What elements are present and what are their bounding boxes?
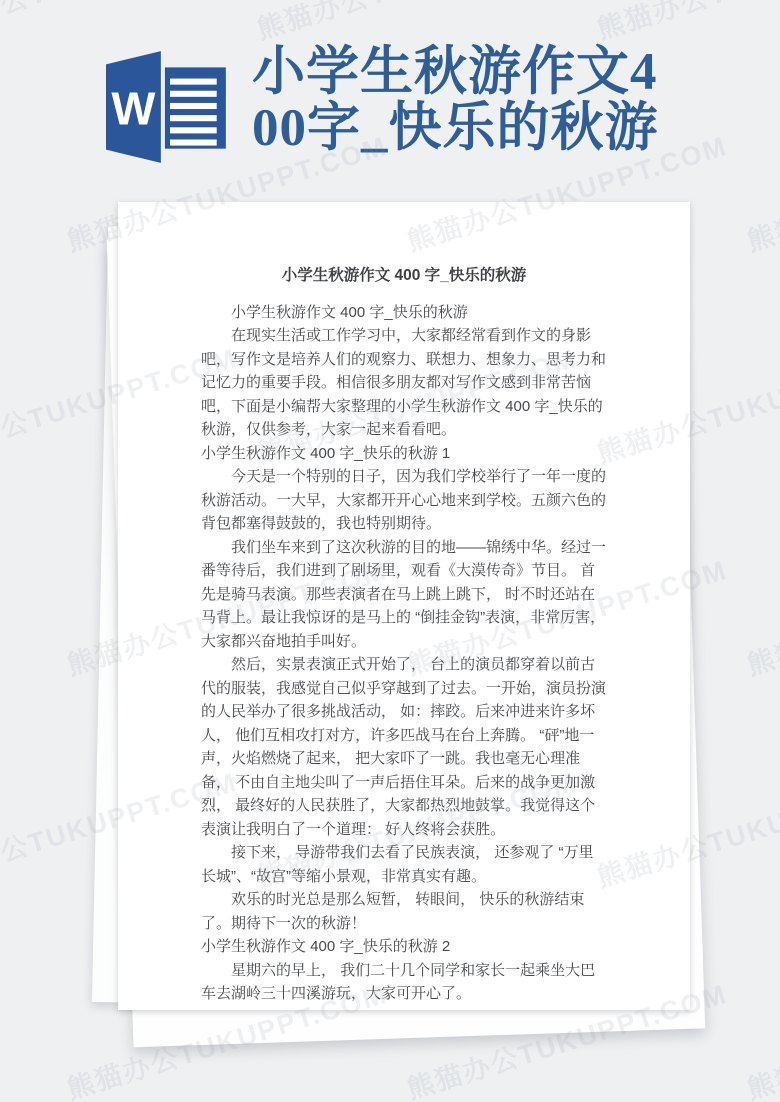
document-body: 小学生秋游作文 400 字_快乐的秋游在现实生活或工作学习中，大家都经常看到作文…	[201, 301, 607, 1006]
doc-paragraph: 在现实生活或工作学习中，大家都经常看到作文的身影吧，写作文是培养人们的观察力、联…	[201, 324, 607, 442]
watermark-text: 熊猫办公TUKUPPT.COM	[742, 972, 780, 1102]
header: W 小学生秋游作文4 00字_快乐的秋游	[0, 0, 780, 190]
watermark-text: 熊猫办公TUKUPPT.COM	[742, 548, 780, 683]
doc-paragraph: 接下来， 导游带我们去看了民族表演， 还参观了 “万里长城”、“故宫”等缩小景观…	[201, 841, 607, 888]
screenshot-canvas: W 小学生秋游作文4 00字_快乐的秋游 小学生秋游作文 400 字_快乐的秋游…	[0, 0, 780, 1102]
doc-paragraph: 星期六的早上， 我们二十几个同学和家长一起乘坐大巴车去湖岭三十四溪游玩，大家可开…	[201, 959, 607, 1006]
doc-paragraph: 我们坐车来到了这次秋游的目的地——锦绣中华。经过一番等待后，我们进到了剧场里，观…	[201, 536, 607, 654]
page-title-line-1: 小学生秋游作文4	[252, 44, 682, 100]
word-icon-letter: W	[111, 82, 156, 134]
document-preview: 小学生秋游作文 400 字_快乐的秋游 小学生秋游作文 400 字_快乐的秋游在…	[118, 202, 690, 1010]
document-title: 小学生秋游作文 400 字_快乐的秋游	[201, 264, 607, 288]
doc-paragraph: 小学生秋游作文 400 字_快乐的秋游	[201, 301, 607, 325]
doc-section-heading: 小学生秋游作文 400 字_快乐的秋游 1	[201, 442, 607, 466]
word-document-icon: W	[106, 50, 236, 164]
doc-paragraph: 欢乐的时光总是那么短暂， 转眼间， 快乐的秋游结束了。期待下一次的秋游！	[201, 888, 607, 935]
page-title: 小学生秋游作文4 00字_快乐的秋游	[252, 44, 682, 156]
doc-section-heading: 小学生秋游作文 400 字_快乐的秋游 2	[201, 935, 607, 959]
word-icon-sheet	[165, 67, 226, 148]
page-title-line-2: 00字_快乐的秋游	[252, 100, 682, 156]
doc-paragraph: 然后，实景表演正式开始了， 台上的演员都穿着以前古代的服装，我感觉自己似乎穿越到…	[201, 653, 607, 841]
paper-sheet-main: 小学生秋游作文 400 字_快乐的秋游 小学生秋游作文 400 字_快乐的秋游在…	[118, 202, 690, 1010]
doc-paragraph: 今天是一个特别的日子，因为我们学校举行了一年一度的秋游活动。一大早，大家都开开心…	[201, 465, 607, 536]
